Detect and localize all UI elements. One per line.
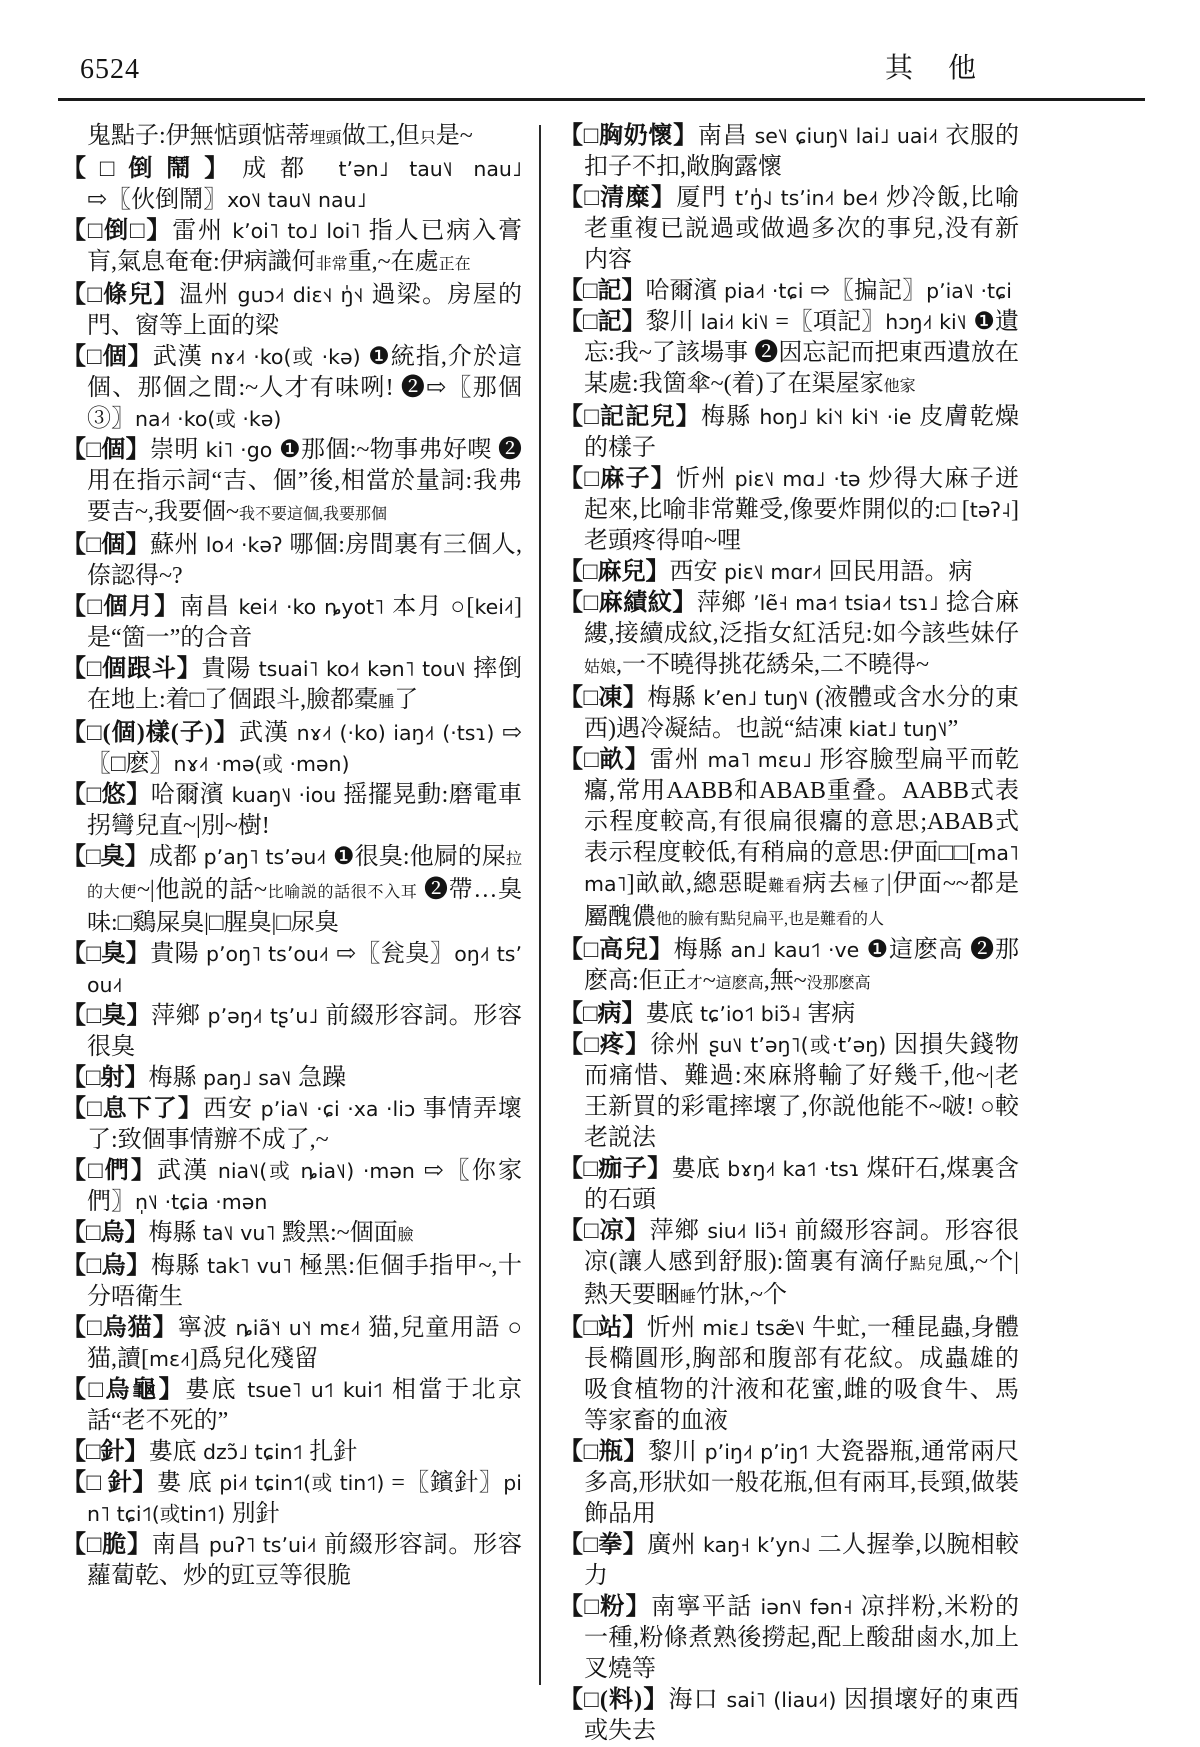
definition-text: 崇明 xyxy=(150,437,199,463)
entry: 【□倒□】雷州 kʼoi˥ to˩ loi˥ 指人已病入膏肓,氣息奄奄:伊病識何… xyxy=(62,216,522,280)
entry: 【□麻績紋】萍鄉 ʼlẽ˧ ma˧˦ tsia˨˦ tsɿ˩ 捻合麻縷,接續成紋… xyxy=(559,588,1019,683)
headword: 【□畝】 xyxy=(559,747,650,773)
entry: 【□站】忻州 miɛ˩ tsæ̃˥˩ 牛虻,一種昆蟲,身體長橢圓形,胸部和腹部有… xyxy=(559,1313,1019,1437)
phonetic: tsue˥ u˦˥ kui˦˥ xyxy=(238,1378,392,1402)
entry: 【□高兒】梅縣 an˩ kau˦˥ ·ve ❶這麽高 ❷那麽高:佢正才~這麽高,… xyxy=(559,935,1019,999)
entry: 【□(個)樣(子)】武漢 nɤ˨˦ (·ko) iaŋ˨˦ (·tsɿ) ⇨〖□… xyxy=(62,718,522,780)
entry: 【□臭】成都 pʼaŋ˥ tsʼəu˨˦ ❶很臭:他屙的屎拉的大便~|他説的話~… xyxy=(62,842,522,939)
definition-text: 了 xyxy=(394,687,418,713)
small-gloss: 才 xyxy=(687,975,703,992)
definition-text: 萍鄉 xyxy=(151,1003,200,1029)
headword: 【□息下了】 xyxy=(62,1096,203,1122)
headword: 【□麻績紋】 xyxy=(559,590,697,616)
headword: 【□條兒】 xyxy=(62,282,179,308)
section-title: 其 他 xyxy=(885,46,990,86)
headword: 【□倒鬧】 xyxy=(62,156,242,182)
page-number: 6524 xyxy=(80,54,140,86)
phonetic: tʼŋ̍˨˩ tsʼin˨˦ be˨˦ xyxy=(727,186,886,210)
entry: 【□倒鬧】成都 tʼən˩ tau˥˩ nau˩ ⇨〖伙倒鬧〗xo˥˩ tau˥… xyxy=(62,154,522,216)
entry: 【□烏猫】寧波 ȵiã˥˧ u˥˧ mɛ˨˦ 猫,兒童用語 ○猫,讀[mɛ˨˦]… xyxy=(62,1313,522,1375)
phonetic: kuaŋ˥˩ ·iou xyxy=(224,783,343,807)
headword: 【□瓶】 xyxy=(559,1439,648,1465)
entry: 【□個】崇明 ki˥ ·go ❶那個:~物事弗好喫 ❷用在指示詞“吉、個”後,相… xyxy=(62,435,522,530)
phonetic: pia˨˦ ·tɕi xyxy=(718,279,810,303)
definition-text: 忻州 xyxy=(647,1315,696,1341)
headword: 【□個】 xyxy=(62,344,153,370)
definition-text: 梅縣 xyxy=(151,1253,200,1279)
headword: 【□脆】 xyxy=(62,1532,152,1558)
entry: 【□凉】萍鄉 siu˨˦ liɔ̃˧ 前綴形容詞。形容很凉(讓人感到舒服):箇裏… xyxy=(559,1216,1019,1313)
small-gloss: 没那麽高 xyxy=(807,975,871,992)
headword: 【□烏猫】 xyxy=(62,1315,178,1341)
headword: 【□痂子】 xyxy=(559,1156,672,1182)
headword: 【□粉】 xyxy=(559,1594,651,1620)
definition-text: 貴陽 xyxy=(150,941,199,967)
phonetic: ta˥˩ vu˥ xyxy=(197,1221,283,1245)
phonetic: nɤ˨˦ ·ko(或 ·kə) xyxy=(203,345,368,369)
definition-text: 害病 xyxy=(807,1001,855,1027)
entry: 【□畝】雷州 ma˥ mɛu˩ 形容臉型扁平而乾癟,常用AABB和ABAB重叠。… xyxy=(559,745,1019,935)
definition-text: ]爲兒化殘留 xyxy=(190,1346,318,1372)
definition-text: 蘇州 xyxy=(150,532,199,558)
entry: 【□息下了】西安 pʼia˥˩ ·ɕi ·xa ·liɔ 事情弄壞了:致個事情辦… xyxy=(62,1094,522,1156)
entry: 【□個】武漢 nɤ˨˦ ·ko(或 ·kə) ❶統指,介於這個、那個之間:~人才… xyxy=(62,342,522,435)
entry: 【□凍】梅縣 kʼen˩ tuŋ˥˩ (液體或含水分的東西)遇冷凝結。也説“結凍… xyxy=(559,683,1019,745)
definition-text: ,無~ xyxy=(764,968,807,994)
entry: 【□烏龜】婁底 tsue˥ u˦˥ kui˦˥ 相當于北京話“老不死的” xyxy=(62,1375,522,1437)
phonetic: ʼlẽ˧ ma˧˦ tsia˨˦ tsɿ˩ xyxy=(746,591,946,615)
small-gloss: 正在 xyxy=(439,256,471,273)
definition-text: =〖鑌針〗 xyxy=(391,1470,503,1496)
definition-text: 武漢 xyxy=(239,720,289,746)
phonetic: n̩˥˩ ·tɕia ·mən xyxy=(135,1190,267,1214)
small-gloss: 睡 xyxy=(680,1289,696,1306)
entry: 【□針】婁底 dzɔ̃˩ tɕin˦˥ 扎針 xyxy=(62,1437,522,1468)
entry: 【□粉】南寧平話 iən˥˩ fən˧ 凉拌粉,米粉的一種,粉條煮熟後撈起,配上… xyxy=(559,1592,1019,1685)
definition-text: 鬼點子:伊無惦頭惦蒂 xyxy=(87,123,310,149)
header-rule xyxy=(58,98,1145,101)
phonetic: nɤ˨˦ ·mə(或 ·mən) xyxy=(174,752,350,776)
entry: 鬼點子:伊無惦頭惦蒂埋頭做工,但只是~ xyxy=(62,121,522,154)
phonetic: pʼia˥˩ ·tɕi xyxy=(926,279,1012,303)
entry: 【□清糜】厦門 tʼŋ̍˨˩ tsʼin˨˦ be˨˦ 炒冷飯,比喻老重複已説過… xyxy=(559,183,1019,276)
dictionary-page: 6524 其 他 鬼點子:伊無惦頭惦蒂埋頭做工,但只是~【□倒鬧】成都 tʼən… xyxy=(0,0,1200,1747)
definition-text: 竹牀,~个 xyxy=(696,1282,787,1308)
definition-text: 西安 xyxy=(670,559,718,585)
phonetic: pʼia˥˩ ·ɕi ·xa ·liɔ xyxy=(253,1097,423,1121)
headword: 【□記】 xyxy=(559,278,646,304)
definition-text: 梅縣 xyxy=(674,937,724,963)
entry: 【□臭】萍鄉 pʼəŋ˨˦ tʂʼu˩ 前綴形容詞。形容很臭 xyxy=(62,1001,522,1063)
definition-text: 武漢 xyxy=(157,1158,209,1184)
phonetic: nia˥˩(或 ȵia˥˩) ·mən xyxy=(209,1159,423,1183)
definition-text: ]畝畝,總惡睼 xyxy=(627,871,769,897)
headword: 【□胸奶懷】 xyxy=(559,123,698,149)
phonetic: tsuai˥ ko˨˦ kən˥ tou˥˩ xyxy=(251,657,473,681)
phonetic: paŋ˩ sa˥˩ xyxy=(197,1066,299,1090)
headword: 【□個跟斗】 xyxy=(62,656,202,682)
phonetic: tɕʼio˦˥ biɔ̃˨ xyxy=(694,1002,808,1026)
phonetic: sai˥ (liau˨˦) xyxy=(719,1688,844,1712)
phonetic: təʔ˨ xyxy=(970,498,1011,522)
definition-text: 做工,但 xyxy=(342,123,420,149)
definition-text: 忻州 xyxy=(676,466,727,492)
entry: 【□烏】梅縣 ta˥˩ vu˥ 黢黑:~個面臉 xyxy=(62,1218,522,1251)
definition-text: 雷州 xyxy=(172,218,224,244)
definition-text: 黎川 xyxy=(646,309,694,335)
small-gloss: 這麽高 xyxy=(716,975,764,992)
page-header: 6524 其 他 xyxy=(80,46,1145,86)
phonetic: tak˥ vu˥ xyxy=(200,1254,299,1278)
definition-text: ,一不曉得挑花綉朵,二不曉得~ xyxy=(616,652,929,678)
definition-text: 西安 xyxy=(203,1096,253,1122)
definition-text: 是~ xyxy=(436,123,473,149)
definition-text: 梅縣 xyxy=(149,1220,197,1246)
phonetic: hɔŋ˨˦ ki˥˩ xyxy=(885,310,973,334)
entry: 【□個月】南昌 kei˨˦ ·ko ȵyot˥ 本月 ○[kei˨˦]是“箇一”… xyxy=(62,592,522,654)
headword: 【□高兒】 xyxy=(559,937,674,963)
entry: 【□麻兒】西安 piɛ˥˩ mɑr˨˦ 回民用語。病 xyxy=(559,557,1019,588)
definition-text: 黢黑:~個面 xyxy=(282,1220,398,1246)
definition-text: 成都 xyxy=(149,844,197,870)
definition-text: ” xyxy=(948,716,959,742)
small-gloss: 極了 xyxy=(853,878,887,895)
phonetic: kaŋ˧ kʼyn˨˩ xyxy=(696,1533,818,1557)
definition-text: 寧波 xyxy=(178,1315,228,1341)
definition-text: 貴陽 xyxy=(202,656,252,682)
headword: 【□烏】 xyxy=(62,1253,151,1279)
definition-text: ⇨〖伙倒鬧〗 xyxy=(87,187,227,213)
headword: 【□臭】 xyxy=(62,844,149,870)
phonetic: guɔ˨˦ diɛ˦˨ ŋ̍˦˨ xyxy=(230,283,372,307)
headword: 【□悠】 xyxy=(62,782,151,808)
entry: 【□(料)】海口 sai˥ (liau˨˦) 因損壞好的東西或失去 xyxy=(559,1685,1019,1747)
definition-text: 婁底 xyxy=(185,1377,238,1403)
headword: 【□射】 xyxy=(62,1065,149,1091)
definition-text: ❶很臭:他屙的屎 xyxy=(333,844,506,870)
entry: 【□個跟斗】貴陽 tsuai˥ ko˨˦ kən˥ tou˥˩ 摔倒在地上:着□… xyxy=(62,654,522,718)
entry: 【□烏】梅縣 tak˥ vu˥ 極黑:佢個手指甲~,十分唔衛生 xyxy=(62,1251,522,1313)
entry: 【□胸奶懷】南昌 se˥˩ ɕiuŋ˥˩ lai˩ uai˨˦ 衣服的扣子不扣,… xyxy=(559,121,1019,183)
phonetic: kʼen˩ tuŋ˥˩ xyxy=(696,686,815,710)
phonetic: piɛ˥˩ mɑr˨˦ xyxy=(718,560,829,584)
headword: 【□烏龜】 xyxy=(62,1377,185,1403)
headword: 【□病】 xyxy=(559,1001,646,1027)
definition-text: 雷州 xyxy=(650,747,700,773)
headword: 【□個月】 xyxy=(62,594,180,620)
column-right: 【□胸奶懷】南昌 se˥˩ ɕiuŋ˥˩ lai˩ uai˨˦ 衣服的扣子不扣,… xyxy=(559,121,1019,1747)
headword: 【□烏】 xyxy=(62,1220,149,1246)
definition-text: 廣州 xyxy=(647,1532,696,1558)
definition-text: 海口 xyxy=(669,1687,719,1713)
headword: 【□記】 xyxy=(559,309,646,335)
phonetic: pi˨˦ tɕin˦˥(或 tin˦˥) xyxy=(212,1471,391,1495)
entry: 【□記記兒】梅縣 hoŋ˩ ki˥˧ ki˥˧ ·ie 皮膚乾燥的樣子 xyxy=(559,402,1019,464)
phonetic: mɛ˨˦ xyxy=(149,1347,190,1371)
headword: 【□針】 xyxy=(62,1439,149,1465)
entry: 【□痂子】婁底 bɤŋ˨˦ ka˦˥ ·tsɿ 煤矸石,煤裏含的石頭 xyxy=(559,1154,1019,1216)
definition-text: ⇨〖揙記〗 xyxy=(810,278,926,304)
definition-text: 婁 底 xyxy=(157,1470,212,1496)
entry: 【□條兒】温州 guɔ˨˦ diɛ˦˨ ŋ̍˦˨ 過梁。房屋的門、窗等上面的梁 xyxy=(62,280,522,342)
entry: 【□射】梅縣 paŋ˩ sa˥˩ 急躁 xyxy=(62,1063,522,1094)
headword: 【□倒□】 xyxy=(62,218,172,244)
entry: 【□ 針】婁 底 pi˨˦ tɕin˦˥(或 tin˦˥) =〖鑌針〗pin˥ … xyxy=(62,1468,522,1530)
entry: 【□病】婁底 tɕʼio˦˥ biɔ̃˨ 害病 xyxy=(559,999,1019,1030)
headword: 【□(料)】 xyxy=(559,1687,669,1713)
phonetic: pʼiŋ˨˦ pʼiŋ˦˥ xyxy=(697,1440,815,1464)
small-gloss: 只 xyxy=(420,130,436,147)
definition-text: ⇨〖瓮臭〗 xyxy=(336,941,454,967)
phonetic: kei˨˦ xyxy=(474,595,514,619)
headword: 【□(個)樣(子)】 xyxy=(62,720,239,746)
phonetic: kei˨˦ ·ko ȵyot˥ xyxy=(231,595,393,619)
entry: 【□拳】廣州 kaŋ˧ kʼyn˨˩ 二人握拳,以腕相較力 xyxy=(559,1530,1019,1592)
phonetic: pʼoŋ˥ tsʼou˨˦ xyxy=(199,942,336,966)
phonetic: tʼən˩ tau˥˩ nau˩ xyxy=(318,157,522,181)
definition-text: 武漢 xyxy=(153,344,203,370)
definition-text: 梅縣 xyxy=(701,404,752,430)
definition-text: 病去 xyxy=(802,871,852,897)
columns: 鬼點子:伊無惦頭惦蒂埋頭做工,但只是~【□倒鬧】成都 tʼən˩ tau˥˩ n… xyxy=(62,121,1200,1747)
phonetic: pʼaŋ˥ tsʼəu˨˦ xyxy=(197,845,333,869)
phonetic: na˨˦ ·ko(或 ·kə) xyxy=(135,407,281,431)
definition-text: 黎川 xyxy=(648,1439,697,1465)
phonetic: lo˨˦ ·kəʔ xyxy=(199,533,290,557)
phonetic: pʼəŋ˨˦ tʂʼu˩ xyxy=(200,1004,325,1028)
small-gloss: 腫 xyxy=(378,694,394,711)
small-gloss: 比喻説的話很不入耳 xyxy=(267,884,417,901)
headword: 【□個】 xyxy=(62,437,150,463)
small-gloss: 點兒 xyxy=(910,1256,944,1273)
entry: 【□臭】貴陽 pʼoŋ˥ tsʼou˨˦ ⇨〖瓮臭〗oŋ˨˦ tsʼou˨˦ xyxy=(62,939,522,1001)
phonetic: piɛ˥˩ mɑ˩ ·tə xyxy=(727,467,869,491)
definition-text: 哈爾濱 xyxy=(646,278,718,304)
definition-text: 回民用語。病 xyxy=(828,559,972,585)
definition-text: =〖項記〗 xyxy=(775,309,885,335)
entry: 【□記】哈爾濱 pia˨˦ ·tɕi ⇨〖揙記〗pʼia˥˩ ·tɕi xyxy=(559,276,1019,307)
definition-text: 哈爾濱 xyxy=(151,782,225,808)
phonetic: xo˥˩ tau˥˩ nau˩ xyxy=(227,188,367,212)
phonetic: ki˥ ·go xyxy=(199,438,279,462)
headword: 【□臭】 xyxy=(62,941,150,967)
column-left: 鬼點子:伊無惦頭惦蒂埋頭做工,但只是~【□倒鬧】成都 tʼən˩ tau˥˩ n… xyxy=(62,121,522,1747)
definition-text: 本月 ○[ xyxy=(392,594,474,620)
phonetic: iən˥˩ fən˧ xyxy=(753,1595,861,1619)
phonetic: ʂu˥˩ tʼəŋ˥(或·tʼəŋ) xyxy=(701,1033,894,1057)
phonetic: hoŋ˩ ki˥˧ ki˥˧ ·ie xyxy=(752,405,920,429)
phonetic: bɤŋ˨˦ ka˦˥ ·tsɿ xyxy=(720,1157,866,1181)
headword: 【□拳】 xyxy=(559,1532,647,1558)
definition-text: 梅縣 xyxy=(149,1065,197,1091)
definition-text: 婁底 xyxy=(646,1001,694,1027)
phonetic: puʔ˥ tsʼui˨˦ xyxy=(202,1533,325,1557)
definition-text: ~ xyxy=(703,968,716,994)
headword: 【□們】 xyxy=(62,1158,157,1184)
small-gloss: 我不要這個,我要那個 xyxy=(239,506,387,523)
headword: 【□凍】 xyxy=(559,685,647,711)
phonetic: se˥˩ ɕiuŋ˥˩ lai˩ uai˨˦ xyxy=(747,124,945,148)
phonetic: nɤ˨˦ (·ko) iaŋ˨˦ (·tsɿ) xyxy=(289,721,502,745)
entry: 【□悠】哈爾濱 kuaŋ˥˩ ·iou 摇擺晃動:磨電車拐彎兒直~|別~樹! xyxy=(62,780,522,842)
phonetic: kʼoi˥ to˩ loi˥ xyxy=(224,219,369,243)
phonetic: an˩ kau˦˥ ·ve xyxy=(723,938,866,962)
phonetic: ȵiã˥˧ u˥˧ mɛ˨˦ xyxy=(228,1316,368,1340)
phonetic: miɛ˩ tsæ̃˥˩ xyxy=(696,1316,812,1340)
definition-text: 成都 xyxy=(242,156,318,182)
entry: 【□脆】南昌 puʔ˥ tsʼui˨˦ 前綴形容詞。形容蘿蔔乾、炒的豇豆等很脆 xyxy=(62,1530,522,1592)
headword: 【□麻兒】 xyxy=(559,559,670,585)
phonetic: lai˨˦ ki˥˩ xyxy=(694,310,775,334)
small-gloss: 他的臉有點兒扁平,也是難看的人 xyxy=(656,911,884,928)
headword: 【□凉】 xyxy=(559,1218,650,1244)
phonetic: kiat˩ tuŋ˥˩ xyxy=(849,717,948,741)
headword: 【□站】 xyxy=(559,1315,647,1341)
definition-text: 扎針 xyxy=(309,1439,357,1465)
small-gloss: 臉 xyxy=(398,1227,414,1244)
entry: 【□疼】徐州 ʂu˥˩ tʼəŋ˥(或·tʼəŋ) 因損失錢物而痛惜、難過:來麻… xyxy=(559,1030,1019,1154)
definition-text: 梅縣 xyxy=(647,685,696,711)
definition-text: 南寧平話 xyxy=(651,1594,753,1620)
definition-text: 南昌 xyxy=(152,1532,202,1558)
headword: 【□臭】 xyxy=(62,1003,151,1029)
column-divider xyxy=(539,125,541,1685)
phonetic: siu˨˦ liɔ̃˧ xyxy=(700,1219,795,1243)
definition-text: 徐州 xyxy=(651,1032,702,1058)
small-gloss: 姑娘 xyxy=(584,659,616,676)
definition-text: 別針 xyxy=(232,1501,280,1527)
headword: 【□清糜】 xyxy=(559,185,676,211)
small-gloss: 他家 xyxy=(884,378,916,395)
definition-text: 急躁 xyxy=(298,1065,346,1091)
headword: 【□麻子】 xyxy=(559,466,676,492)
definition-text: 厦門 xyxy=(676,185,727,211)
headword: 【□ 針】 xyxy=(62,1470,157,1496)
definition-text: 南昌 xyxy=(180,594,231,620)
definition-text: 萍鄉 xyxy=(697,590,746,616)
entry: 【□記】黎川 lai˨˦ ki˥˩ =〖項記〗hɔŋ˨˦ ki˥˩ ❶遺忘:我~… xyxy=(559,307,1019,402)
headword: 【□記記兒】 xyxy=(559,404,701,430)
definition-text: 重,~在處 xyxy=(348,249,439,275)
definition-text: 温州 xyxy=(179,282,230,308)
definition-text: 南昌 xyxy=(698,123,747,149)
entry: 【□個】蘇州 lo˨˦ ·kəʔ 哪個:房間裏有三個人,倷認得~? xyxy=(62,530,522,592)
phonetic: ma˥ mɛu˩ xyxy=(700,748,820,772)
headword: 【□個】 xyxy=(62,532,150,558)
definition-text: ~|他説的話~ xyxy=(137,877,267,903)
entry: 【□麻子】忻州 piɛ˥˩ mɑ˩ ·tə 炒得大麻子迸起來,比喻非常難受,像要… xyxy=(559,464,1019,557)
definition-text: 婁底 xyxy=(149,1439,197,1465)
headword: 【□疼】 xyxy=(559,1032,651,1058)
small-gloss: 埋頭 xyxy=(310,130,342,147)
definition-text: 萍鄉 xyxy=(650,1218,700,1244)
phonetic: dzɔ̃˩ tɕin˦˥ xyxy=(197,1440,310,1464)
entry: 【□瓶】黎川 pʼiŋ˨˦ pʼiŋ˦˥ 大瓷器瓶,通常兩尺多高,形狀如一般花瓶… xyxy=(559,1437,1019,1530)
definition-text: 婁底 xyxy=(672,1156,721,1182)
entry: 【□們】武漢 nia˥˩(或 ȵia˥˩) ·mən ⇨〖你家們〗n̩˥˩ ·t… xyxy=(62,1156,522,1218)
small-gloss: 難看 xyxy=(768,878,802,895)
small-gloss: 非常 xyxy=(316,256,348,273)
